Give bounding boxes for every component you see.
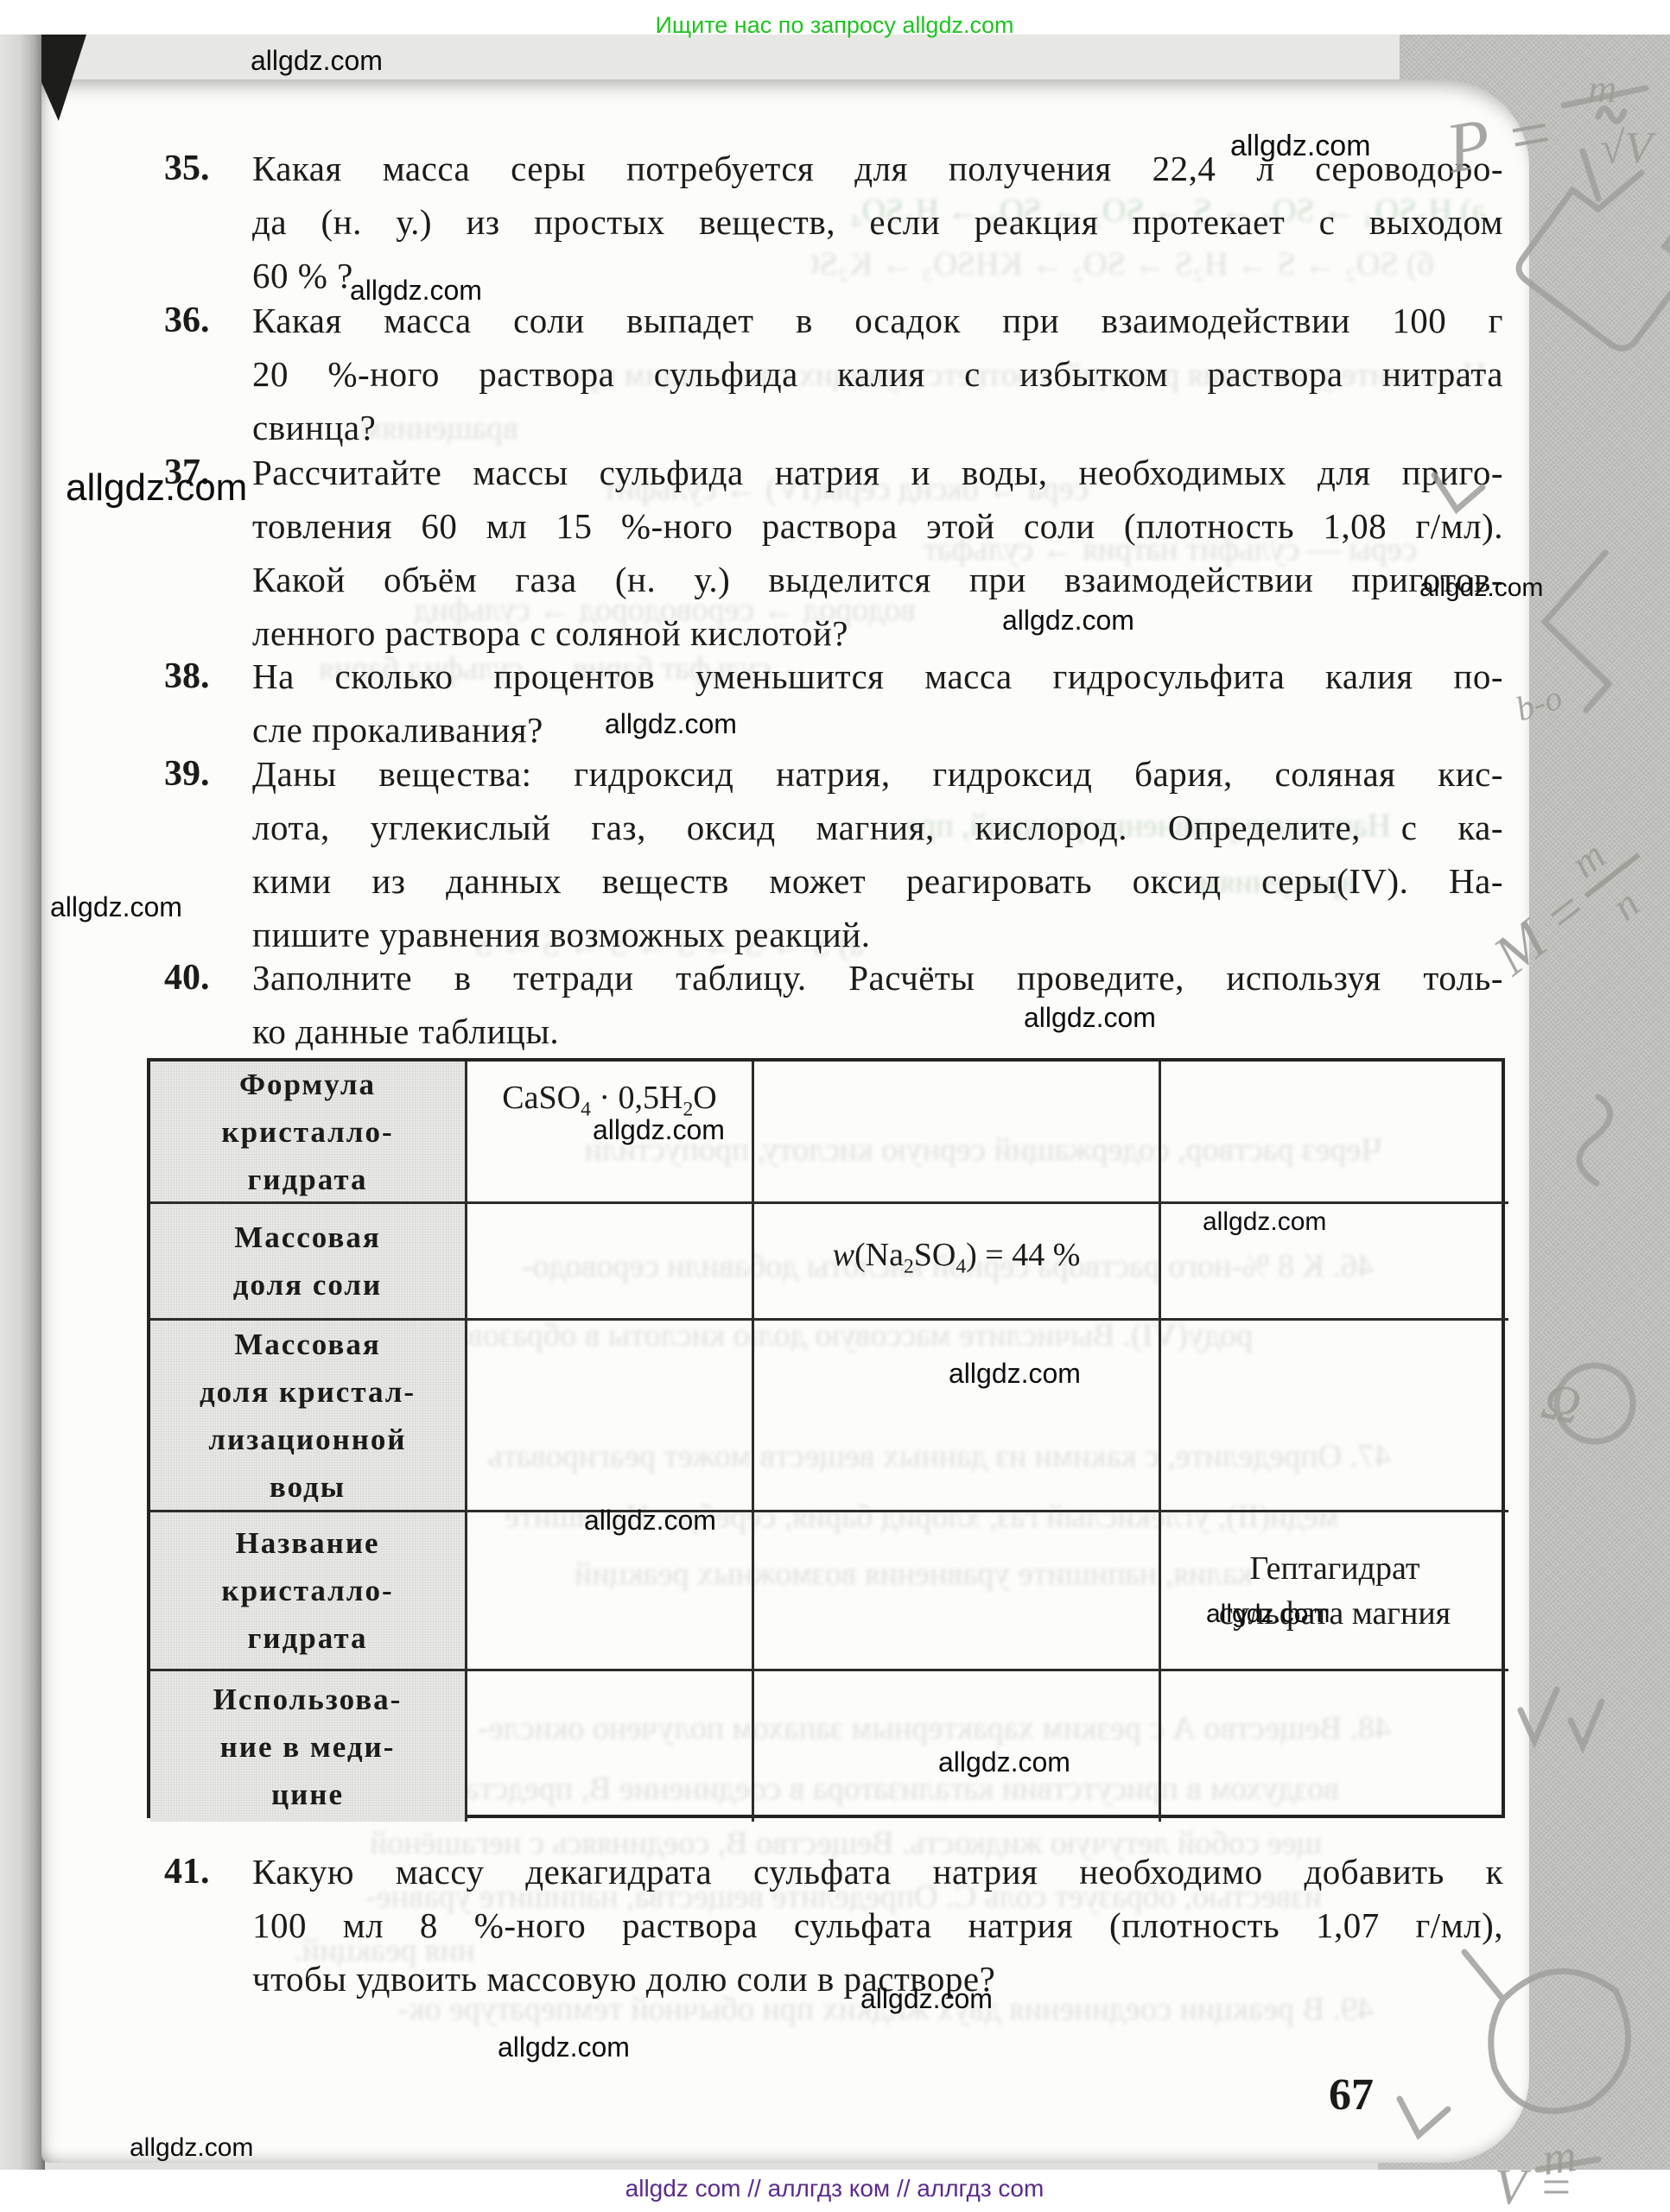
doodle-sqrt-v: √V (1600, 124, 1657, 173)
allgdz-watermark: allgdz.com (593, 1114, 725, 1146)
problem-number: 40. (164, 951, 246, 1005)
table-cell (467, 1321, 754, 1512)
problem-text-line: товления 60 мл 15 %-ного раствора этой с… (252, 499, 1503, 553)
doodle-m-over: m (1588, 69, 1616, 111)
footer-links: allgdz com // аллгдз ком // аллгдз com (625, 2175, 1045, 2202)
problem-text-line: На сколько процентов уменьшится масса ги… (252, 650, 1503, 703)
table-cell (754, 1062, 1161, 1204)
crystallohydrate-table: Формулакристалло-гидратаCaSO4 · 0,5H2OМа… (147, 1058, 1505, 1818)
allgdz-watermark: allgdz.com (584, 1505, 716, 1537)
table-row-label: Массоваядоля кристал-лизационнойводы (150, 1321, 467, 1512)
allgdz-watermark: allgdz.com (350, 275, 482, 307)
problem-text-line: Какой объём газа (н. у.) выделится при в… (252, 553, 1503, 606)
allgdz-watermark: allgdz.com (251, 45, 383, 77)
allgdz-watermark: allgdz.com (498, 2031, 630, 2063)
table-cell (754, 1321, 1161, 1512)
table-cell (467, 1204, 754, 1321)
problem-41: Какую массу декагидрата сульфата натрия … (252, 1845, 1503, 2006)
doodle-n-frac: n (1603, 881, 1648, 930)
page-number: 67 (1329, 2069, 1374, 2120)
problem-text-line: Какую массу декагидрата сульфата натрия … (252, 1845, 1503, 1898)
problem-number: 35. (164, 142, 246, 195)
problem-text-line: да (н. у.) из простых веществ, если реак… (252, 195, 1503, 249)
problem-text-line: 20 %-ного раствора сульфида калия с избы… (252, 347, 1503, 401)
problem-text-line: Заполните в тетради таблицу. Расчёты про… (252, 951, 1503, 1005)
table-cell: w(Na2SO4) = 44 % (754, 1204, 1161, 1321)
table-row-label: Использова-ние в меди-цине (150, 1671, 467, 1822)
problem-38: На сколько процентов уменьшится масса ги… (252, 650, 1503, 757)
table-row-label: Формулакристалло-гидрата (150, 1062, 467, 1204)
page-top-margin (0, 35, 1400, 86)
problem-40: Заполните в тетради таблицу. Расчёты про… (252, 951, 1503, 1058)
table-cell-value: w(Na2SO4) = 44 % (833, 1233, 1081, 1290)
problem-text-line: Даны вещества: гидроксид натрия, гидрокс… (252, 747, 1503, 801)
doodle-omega: Ω (1537, 1372, 1585, 1436)
problem-number: 36. (164, 294, 246, 347)
allgdz-watermark: allgdz.com (605, 708, 737, 740)
allgdz-watermark: allgdz.com (860, 1983, 993, 2015)
allgdz-watermark: allgdz.com (66, 466, 247, 510)
textbook-scan-page: { "promo_banner": "Ищите нас по запросу … (0, 0, 1670, 2212)
problem-number: 38. (164, 650, 246, 703)
allgdz-watermark: allgdz.com (130, 2133, 253, 2163)
doodle-vee: V = (1495, 2158, 1573, 2204)
problem-text-line: Рассчитайте массы сульфида натрия и воды… (252, 446, 1503, 499)
table-row-label: Названиекристалло-гидрата (150, 1512, 467, 1671)
allgdz-watermark: allgdz.com (1419, 574, 1543, 603)
problem-text-line: ко данные таблицы. (252, 1005, 1503, 1058)
book-spine-shadow (0, 35, 45, 2170)
problem-39: Даны вещества: гидроксид натрия, гидрокс… (252, 747, 1503, 961)
table-row-label: Массоваядоля соли (150, 1204, 467, 1321)
problem-text-line: кими из данных веществ может реагировать… (252, 854, 1503, 908)
allgdz-watermark: allgdz.com (1024, 1002, 1156, 1034)
promo-banner: Ищите нас по запросу allgdz.com (656, 12, 1014, 39)
allgdz-watermark: allgdz.com (1230, 130, 1371, 163)
allgdz-watermark: allgdz.com (938, 1746, 1070, 1778)
margin-doodles: P = m √V b-o M = m n Ω m V = (1382, 69, 1670, 2204)
problem-36: Какая масса соли выпадет в осадок при вз… (252, 294, 1503, 454)
problem-number: 41. (164, 1845, 246, 1898)
table-cell (754, 1512, 1161, 1671)
allgdz-watermark: allgdz.com (50, 891, 182, 923)
allgdz-watermark: allgdz.com (1203, 1207, 1326, 1237)
doodle-p-eq: P = (1439, 92, 1559, 187)
doodle-m-eq: M = (1482, 876, 1600, 988)
allgdz-watermark: allgdz.com (1002, 605, 1134, 637)
problem-37: Рассчитайте массы сульфида натрия и воды… (252, 446, 1503, 660)
doodle-b-o: b-o (1511, 677, 1567, 728)
table-cell (467, 1671, 754, 1822)
problem-text-line: 100 мл 8 %-ного раствора сульфата натрия… (252, 1898, 1503, 1952)
allgdz-watermark: allgdz.com (949, 1358, 1081, 1390)
allgdz-watermark: allgdz.com (1206, 1600, 1330, 1629)
problem-number: 39. (164, 747, 246, 801)
problem-text-line: лота, углекислый газ, оксид магния, кисл… (252, 801, 1503, 854)
